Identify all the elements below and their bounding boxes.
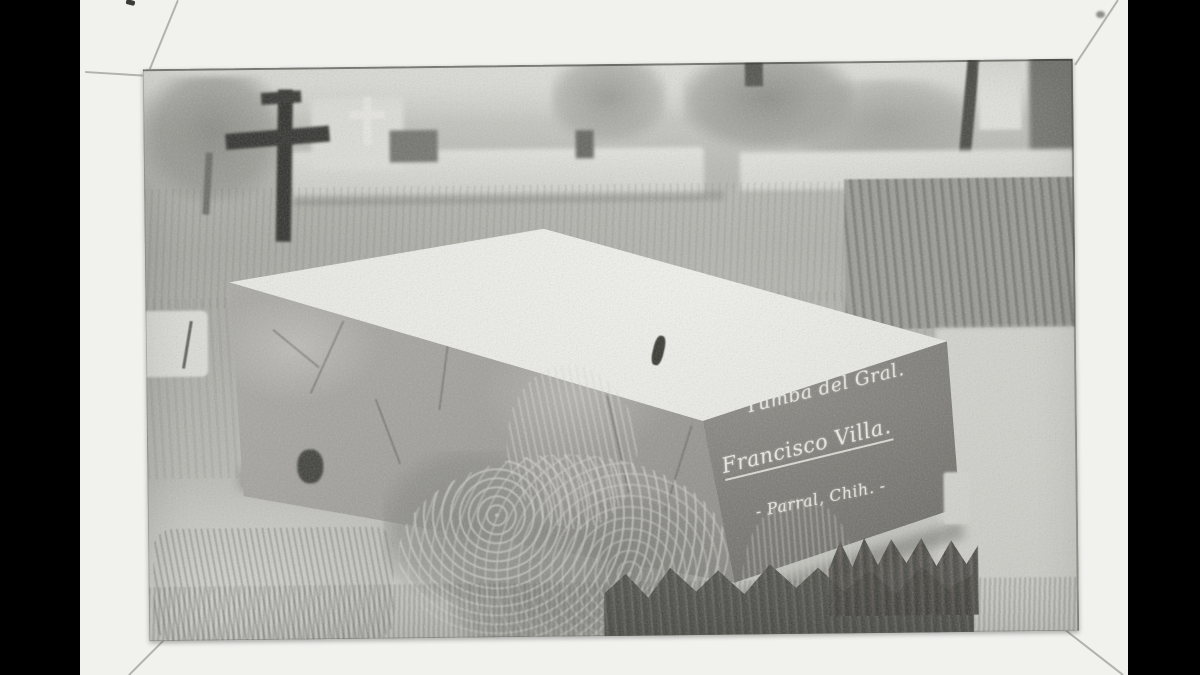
mat-crease-top-left-horizontal xyxy=(85,71,148,77)
mat-crease-top-right-diagonal xyxy=(1074,0,1119,66)
ink-speck-top xyxy=(126,0,136,6)
photo-slide: Tumba del Gral. Francisco Villa. - Parra… xyxy=(0,0,1200,675)
smudge-top-right xyxy=(1096,11,1105,18)
mat-crease-bottom-right-diagonal xyxy=(1063,628,1123,675)
photo-tonal-vignette xyxy=(143,59,1079,642)
mat-crease-top-left-diagonal xyxy=(146,0,179,76)
mat-crease-bottom-left-diagonal xyxy=(128,639,165,675)
photograph-tomb-of-francisco-villa: Tumba del Gral. Francisco Villa. - Parra… xyxy=(143,59,1079,642)
paper-mat-backing: Tumba del Gral. Francisco Villa. - Parra… xyxy=(80,0,1128,675)
cemetery-scene xyxy=(143,59,1079,642)
